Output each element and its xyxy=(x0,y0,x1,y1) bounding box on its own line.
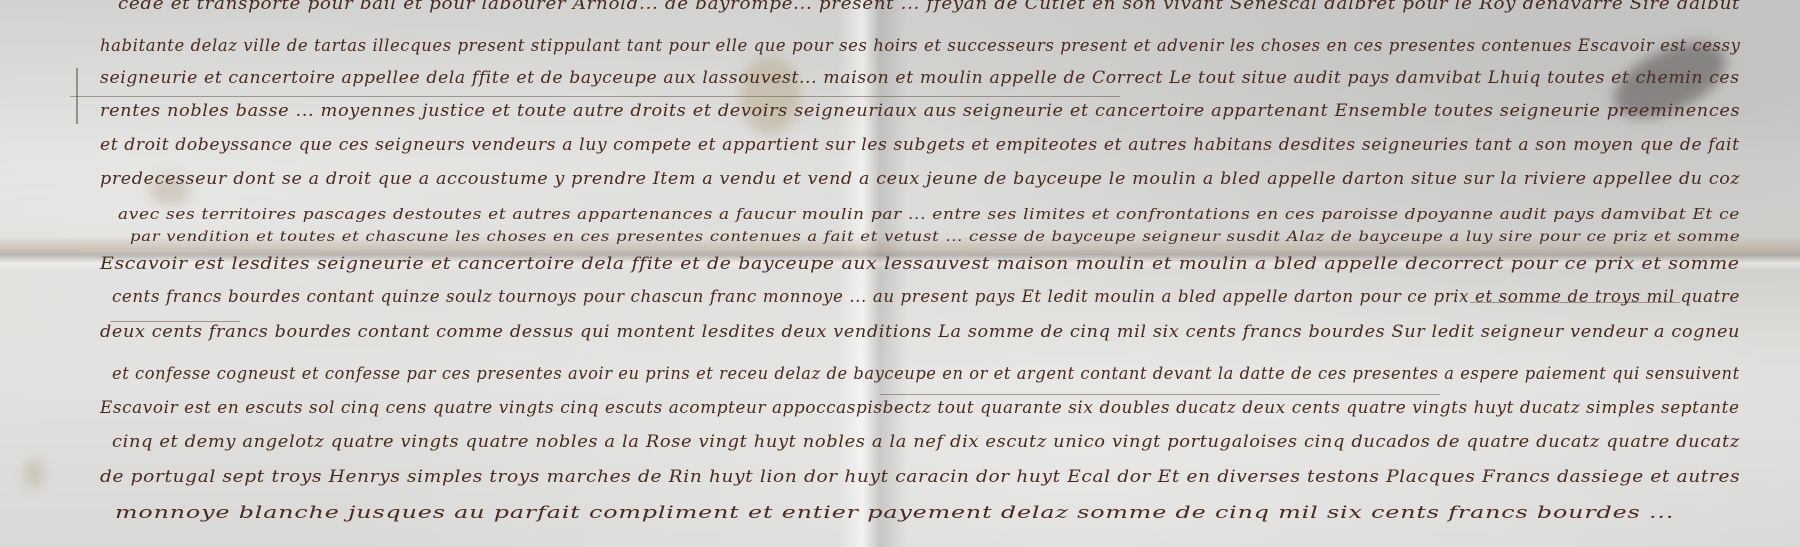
manuscript-line: deux cents francs bourdes contant comme … xyxy=(100,322,1740,342)
manuscript-line: et confesse cogneust et confesse par ces… xyxy=(112,364,1740,384)
manuscript-line: cents francs bourdes contant quinze soul… xyxy=(112,287,1740,307)
manuscript-line: par vendition et toutes et chascune les … xyxy=(130,229,1740,245)
manuscript-page: cede et transporte pour bail et pour lab… xyxy=(0,0,1800,547)
manuscript-line: de portugal sept troys Henrys simples tr… xyxy=(100,467,1740,487)
manuscript-line: seigneurie et cancertoire appellee dela … xyxy=(100,68,1740,88)
manuscript-line: avec ses territoires pascages destoutes … xyxy=(118,205,1740,223)
manuscript-line: et droit dobeyssance que ces seigneurs v… xyxy=(100,135,1740,155)
manuscript-text: cede et transporte pour bail et pour lab… xyxy=(0,0,1800,547)
manuscript-line: Escavoir est en escuts sol cinq cens qua… xyxy=(100,398,1740,418)
manuscript-line: habitante delaz ville de tartas illecque… xyxy=(100,36,1740,56)
manuscript-line: predecesseur dont se a droit que a accou… xyxy=(100,169,1740,189)
manuscript-line: rentes nobles basse ... moyennes justice… xyxy=(100,101,1740,121)
manuscript-line: Escavoir est lesdites seigneurie et canc… xyxy=(100,254,1740,274)
manuscript-line: monnoye blanche jusques au parfait compl… xyxy=(115,503,1674,523)
manuscript-line: cinq et demy angelotz quatre vingts quat… xyxy=(112,432,1740,452)
manuscript-line: cede et transporte pour bail et pour lab… xyxy=(118,0,1740,14)
